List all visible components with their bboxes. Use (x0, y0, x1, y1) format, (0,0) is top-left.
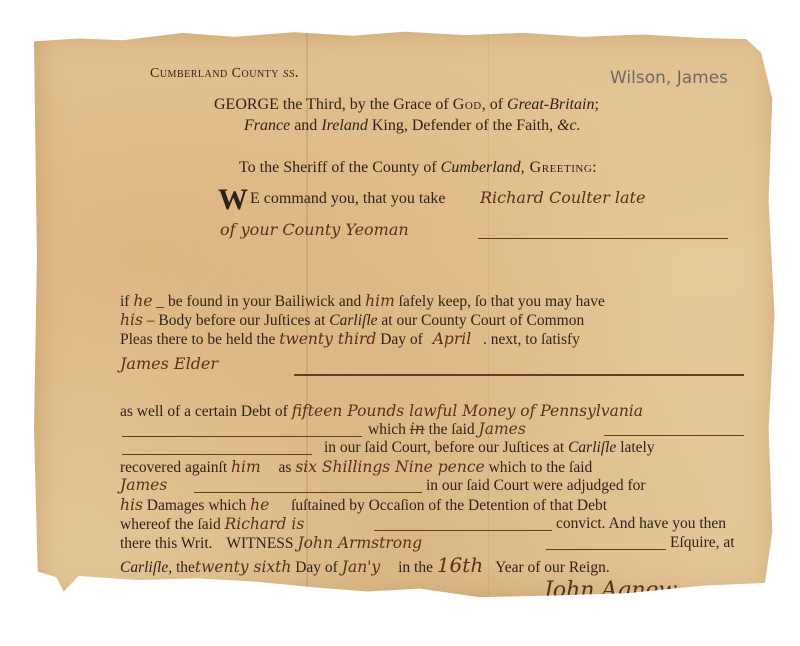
blank-rule (194, 492, 422, 493)
pencil-annotation: Wilson, James (610, 68, 728, 88)
county-name: Cumberland County (150, 66, 279, 81)
body-line-14-end: Eſquire, at (670, 534, 735, 552)
body-line-10: recovered againſt him as six Shillings N… (120, 458, 592, 477)
address-line: To the Sheriff of the County of Cumberla… (239, 159, 597, 177)
body-line-4: his – Body before our Juſtices at Carliſ… (120, 311, 584, 330)
body-line-3: if he _ be found in your Bailiwick and h… (120, 292, 605, 311)
county-mark: ſſ. (283, 64, 300, 81)
body-line-13-end: convict. And have you then (556, 515, 726, 533)
preamble-line-2: France and Ireland King, Defender of the… (244, 117, 581, 135)
preamble-line-1: GEORGE the Third, by the Grace of God, o… (214, 96, 599, 114)
costs-amount: six Shillings Nine pence (295, 458, 484, 476)
body-line-13: whereof the ſaid Richard is (120, 515, 304, 534)
body-line-7: as well of a certain Debt of fifteen Pou… (120, 402, 643, 421)
blank-rule (122, 436, 362, 437)
defendant-description: of your County Yeoman (220, 220, 409, 239)
body-line-14: there this Writ. WITNESS John Armstrong (120, 534, 422, 553)
body-line-8: which in the ſaid James (368, 420, 526, 439)
plaintiff-name: James Elder (120, 354, 218, 373)
blank-rule (294, 374, 744, 376)
blank-rule (546, 549, 666, 550)
drop-cap: W (218, 185, 248, 215)
body-line-5: Pleas there to be held the twenty third … (120, 330, 580, 349)
blank-rule (122, 454, 312, 455)
writ-paper: Wilson, James Cumberland County ſſ. GEOR… (34, 30, 776, 600)
clerk-signature: John Agnew (544, 578, 677, 603)
body-line-15: Carliſle, thetwenty sixth Day of Jan'y i… (120, 553, 610, 577)
witness-name: John Armstrong (297, 534, 422, 552)
signature-flourish (674, 592, 754, 594)
defendant-name: Richard Coulter late (480, 188, 645, 207)
county-header: Cumberland County ſſ. (150, 64, 300, 82)
body-line-1-printed: E command you, that you take (250, 190, 446, 208)
blank-rule (478, 238, 728, 239)
body-line-11: in our ſaid Court were adjudged for (426, 477, 646, 495)
body-line-9: in our ſaid Court, before our Juſtices a… (324, 439, 655, 457)
plaintiff-first-name: James (120, 476, 167, 494)
body-line-12: his Damages which he ſuſtained by Occaſi… (120, 496, 607, 515)
blank-rule (374, 530, 552, 531)
debt-amount: fifteen Pounds lawful Money of Pennsylva… (292, 402, 643, 420)
sovereign-name: GEORGE (214, 96, 279, 113)
blank-rule (604, 435, 744, 436)
